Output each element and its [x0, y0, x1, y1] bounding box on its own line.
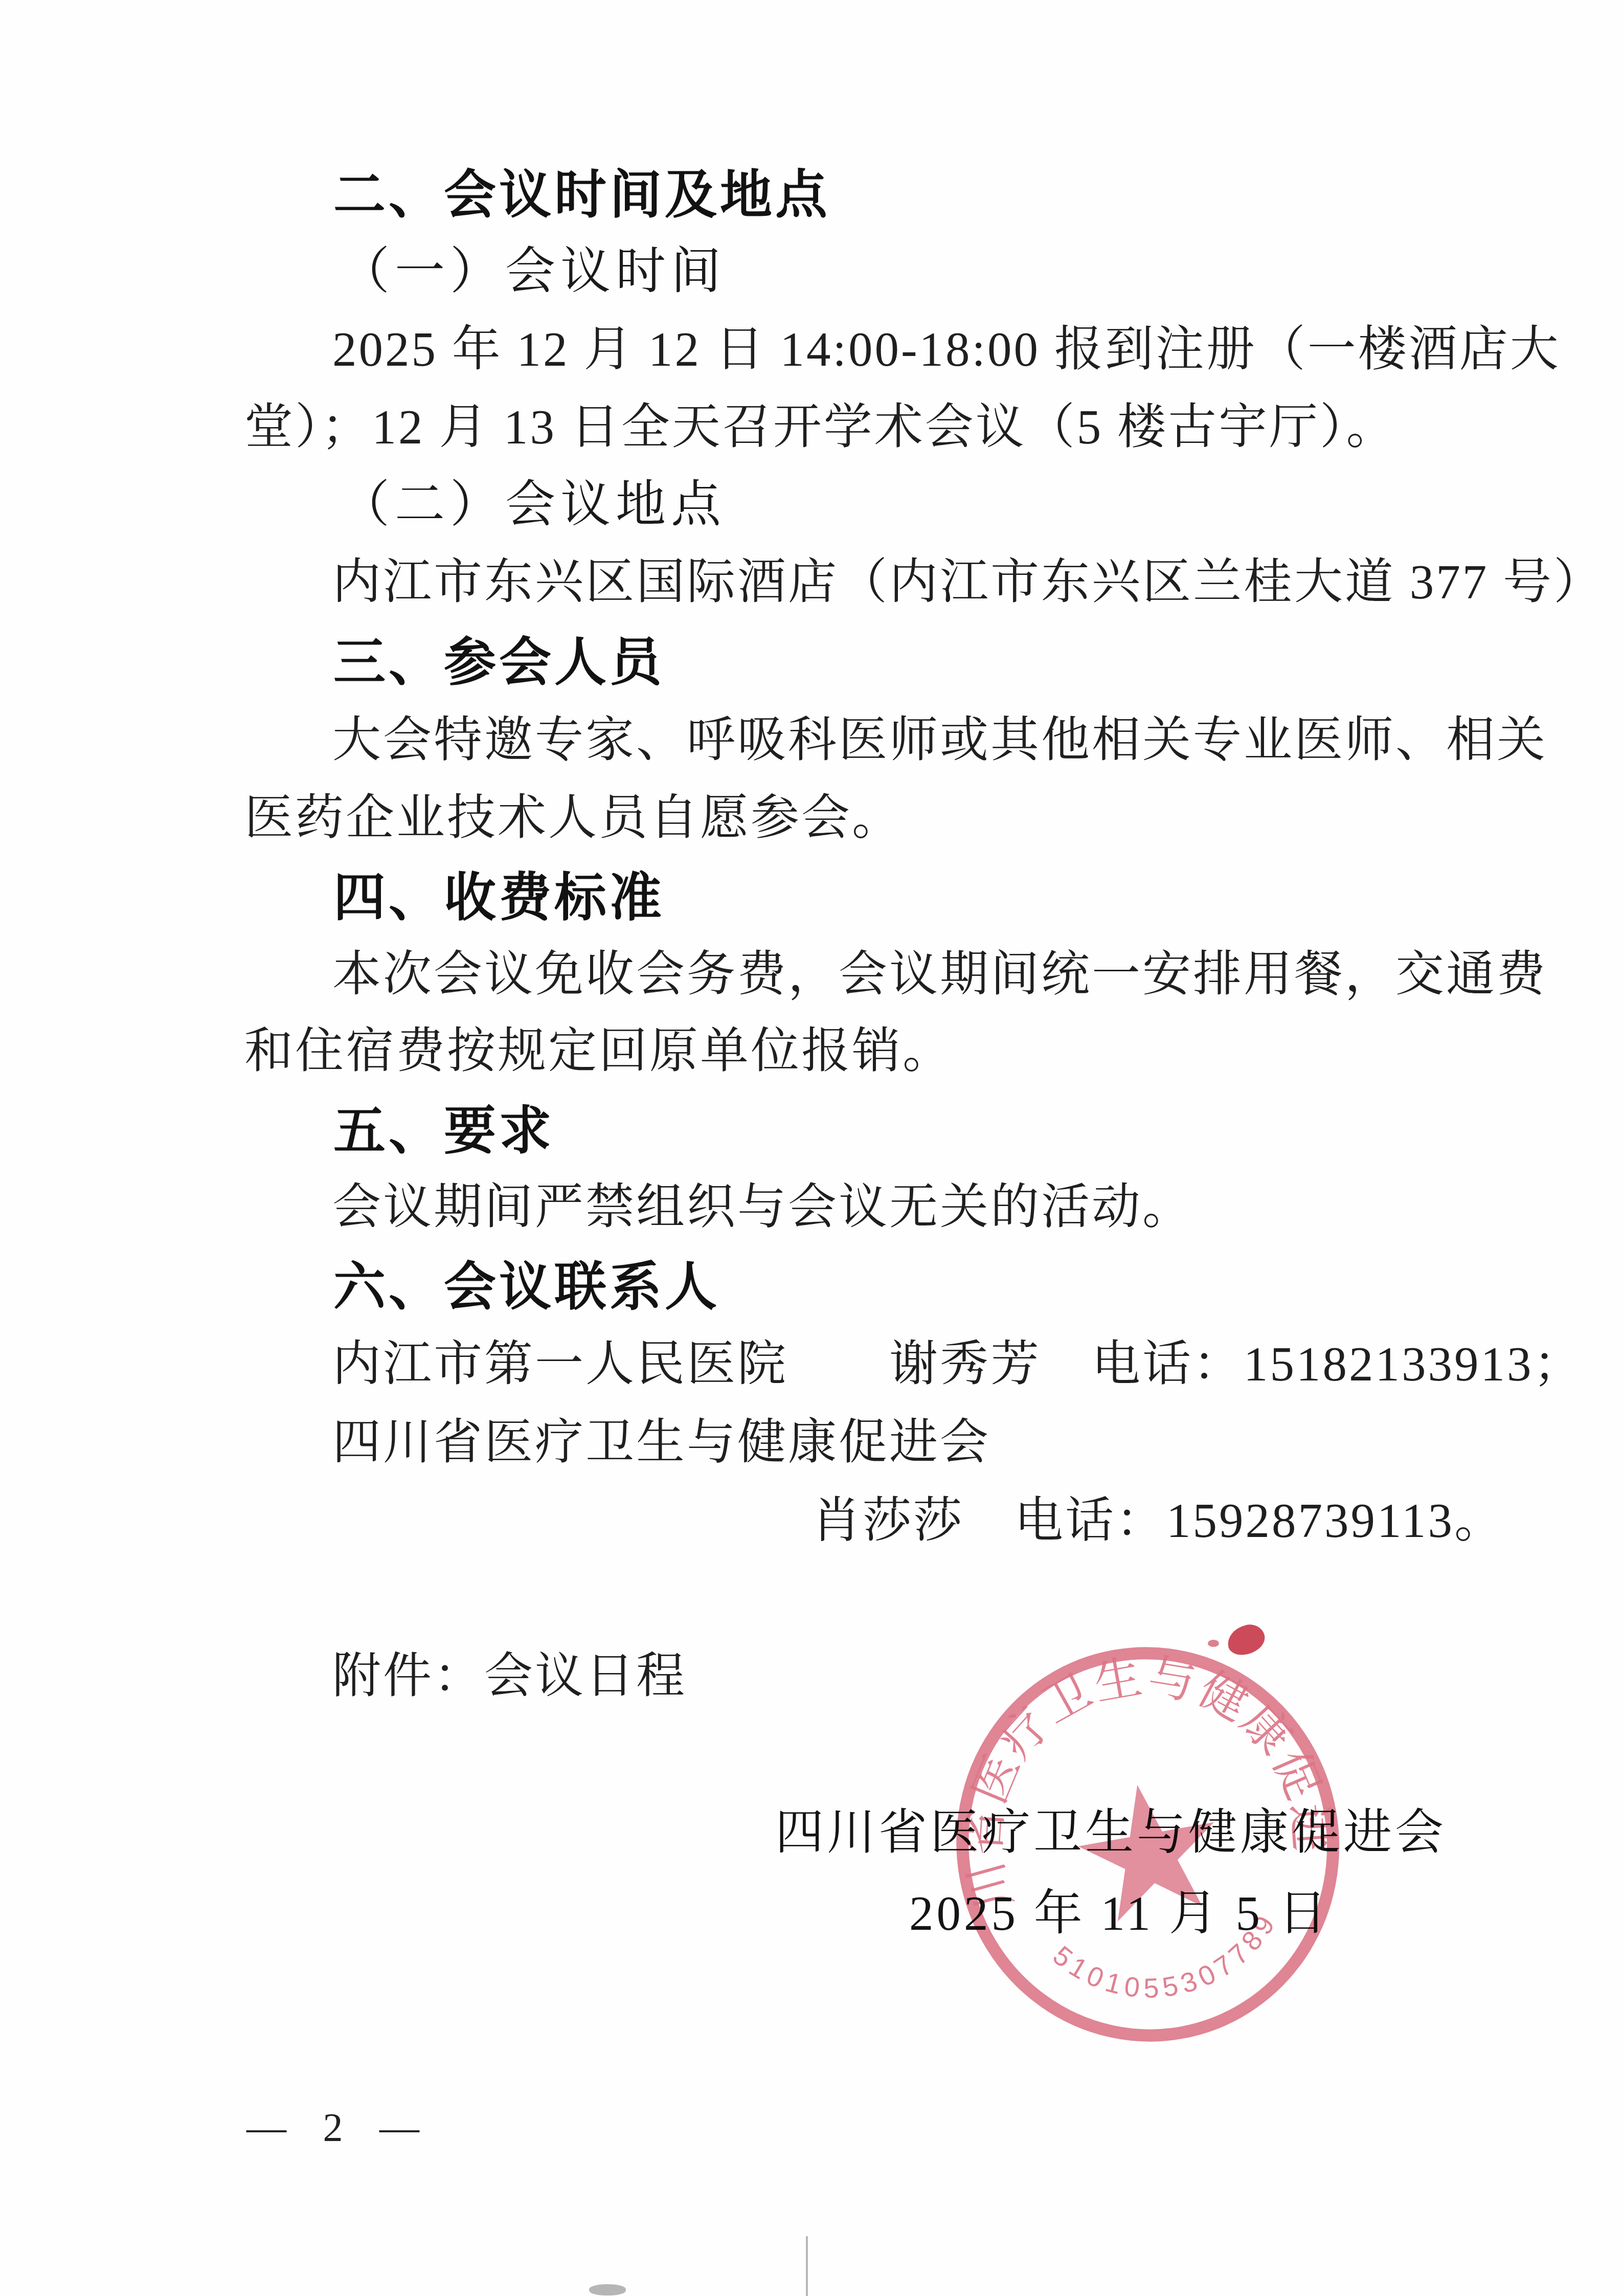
venue-line: 内江市东兴区国际酒店（内江市东兴区兰桂大道 377 号）: [332, 558, 1604, 607]
heading-requirement: 五、要求: [333, 1105, 554, 1157]
contact-line-2-person: 肖莎莎 电话：15928739113。: [812, 1497, 1505, 1545]
attendees-line-2: 医药企业技术人员自愿参会。: [244, 794, 903, 842]
page-number: — 2 —: [246, 2107, 433, 2147]
scan-artifact-line: [806, 2236, 808, 2296]
contact-line-1: 内江市第一人民医院 谢秀芳 电话：15182133913；: [332, 1340, 1584, 1389]
scan-artifact-smudge: [589, 2284, 626, 2295]
subheading-meeting-time: （一）会议时间: [340, 247, 726, 297]
meeting-time-line-1: 2025 年 12 月 12 日 14:00-18:00 报到注册（一楼酒店大: [332, 325, 1561, 374]
fee-line-2: 和住宿费按规定回原单位报销。: [244, 1027, 953, 1076]
fee-line-1: 本次会议免收会务费，会议期间统一安排用餐，交通费: [332, 950, 1547, 999]
meeting-time-line-2: 堂）；12 月 13 日全天召开学术会议（5 楼古宇厅）。: [244, 403, 1397, 452]
subheading-meeting-place: （二）会议地点: [340, 480, 726, 530]
document-page: 二、会议时间及地点 （一）会议时间 2025 年 12 月 12 日 14:00…: [0, 0, 1623, 2296]
seal-star: [1069, 1773, 1228, 1926]
heading-meeting-time-place: 二、会议时间及地点: [333, 169, 830, 221]
heading-fee: 四、收费标准: [333, 872, 665, 924]
seal-graphic: 四川省医疗卫生与健康促进会 5101055307789: [912, 1602, 1383, 2082]
heading-attendees: 三、参会人员: [333, 636, 665, 688]
ink-speck: [1208, 1640, 1219, 1647]
attendees-line-1: 大会特邀专家、呼吸科医师或其他相关专业医师、相关: [332, 716, 1547, 765]
attachment-line: 附件：会议日程: [332, 1652, 687, 1701]
contact-line-2-org: 四川省医疗卫生与健康促进会: [332, 1418, 990, 1467]
heading-contacts: 六、会议联系人: [333, 1261, 720, 1313]
requirement-line: 会议期间严禁组织与会议无关的活动。: [332, 1183, 1193, 1232]
official-seal-stamp: 四川省医疗卫生与健康促进会 5101055307789: [912, 1602, 1383, 2082]
